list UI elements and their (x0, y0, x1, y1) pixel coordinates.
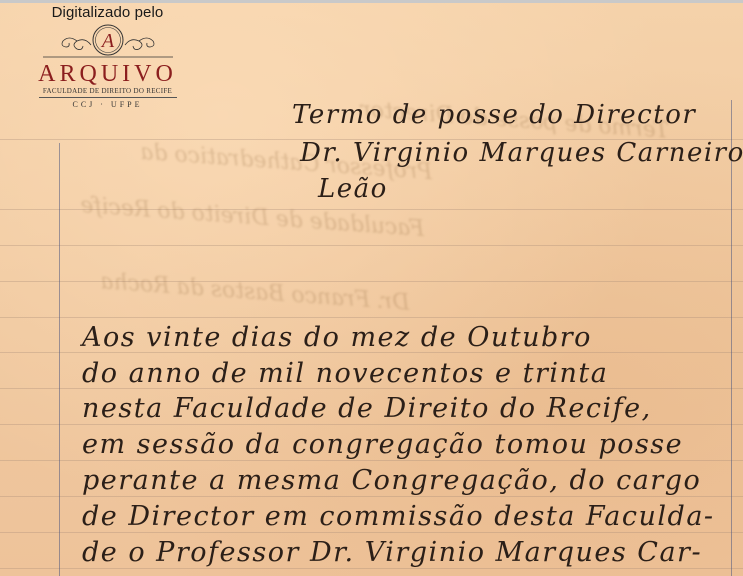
logo-institution: CCJ · UFPE (30, 100, 185, 109)
document-body-line: do anno de mil novecentos e trinta (82, 358, 608, 389)
logo-emblem-icon: A (30, 23, 185, 59)
logo-title: ARQUIVO (30, 61, 185, 87)
document-heading-line: Termo de posse do Director (292, 100, 696, 130)
left-margin-line (59, 143, 60, 576)
document-body-line: em sessão da congregação tomou posse (82, 429, 683, 460)
archive-logo: Digitalizado pelo A ARQUIVO FACULDADE DE… (30, 4, 185, 109)
ruled-line (0, 245, 743, 246)
document-body-line: perante a mesma Congregação, do cargo (82, 465, 701, 496)
viewer-top-border (0, 0, 743, 3)
ruled-line (0, 532, 743, 533)
ruled-line (0, 460, 743, 461)
svg-text:A: A (99, 30, 114, 52)
document-heading-line: Dr. Virginio Marques Carneiro (300, 138, 743, 168)
document-body-line: nesta Faculdade de Direito do Recife, (82, 393, 652, 424)
document-heading-line: Leão (318, 174, 388, 204)
document-body-line: Aos vinte dias do mez de Outubro (82, 322, 592, 353)
logo-subtitle: FACULDADE DE DIREITO DO RECIFE (39, 87, 177, 98)
ruled-line (0, 568, 743, 569)
document-body-line: de o Professor Dr. Virginio Marques Car- (82, 537, 702, 568)
logo-caption: Digitalizado pelo (30, 4, 185, 21)
right-margin-line (731, 100, 732, 576)
ruled-line (0, 424, 743, 425)
ruled-line (0, 317, 743, 318)
ruled-line (0, 496, 743, 497)
document-body-line: de Director em commissão desta Faculda- (82, 501, 715, 532)
